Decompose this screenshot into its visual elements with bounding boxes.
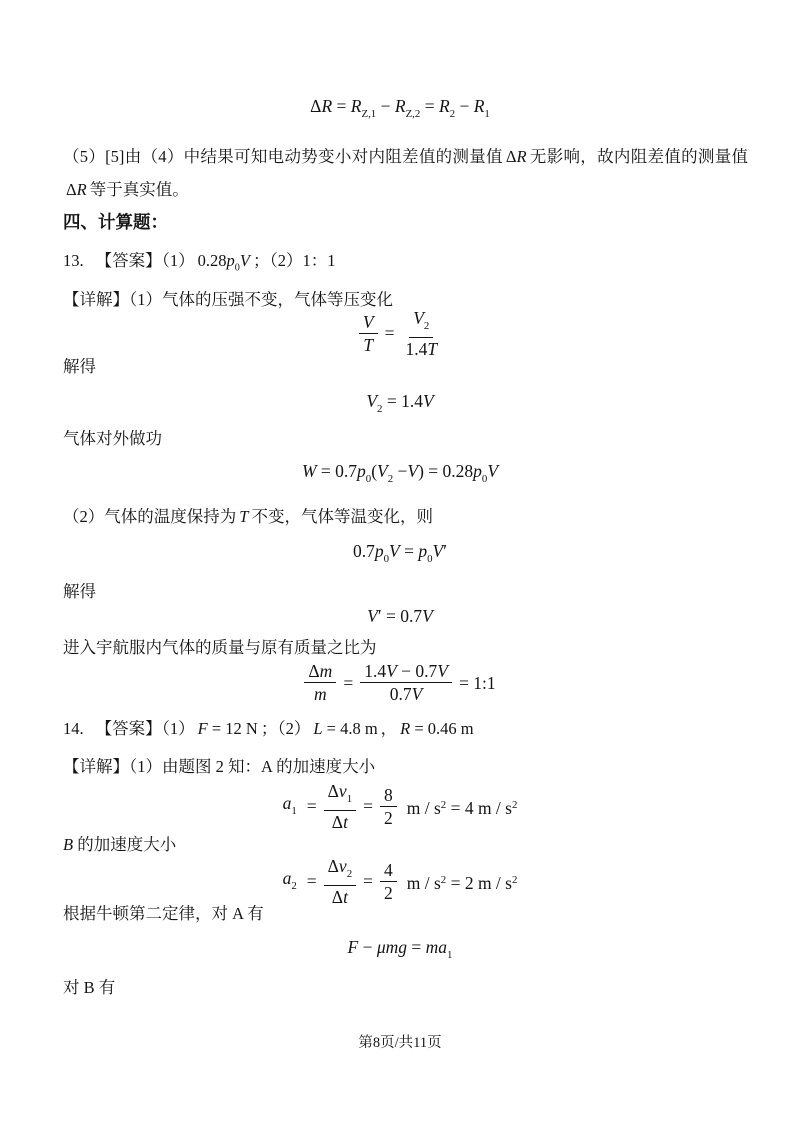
paragraph-5-text-1: （5）[5]由（4）中结果可知电动势变小对内阻差值的测量值 bbox=[63, 147, 503, 166]
newton-law-label: 根据牛顿第二定律，对 A 有 bbox=[63, 897, 748, 930]
item-14-answer-text-2: ；（2） bbox=[261, 719, 311, 738]
math-a2-lhs: a2 bbox=[283, 865, 297, 899]
fraction-dm-over-m: Δmm bbox=[304, 660, 336, 705]
equation-force-a: F − μmg = ma1 bbox=[0, 934, 800, 968]
newton-law-label-text: 根据牛顿第二定律，对 A 有 bbox=[63, 904, 264, 923]
fraction-numerator: V bbox=[359, 311, 378, 334]
item-14-answer: 14.【答案】（1）F = 12 N；（2）L = 4.8 m，R = 0.46… bbox=[63, 712, 748, 745]
math-force-a: F − μmg = ma1 bbox=[348, 934, 453, 968]
math-a1-rhs: m / s2 = 4 m / s2 bbox=[407, 792, 518, 821]
fraction-numerator: Δv2 bbox=[324, 855, 356, 886]
item-14-explain-1-text: 【详解】（1）由题图 2 知：A 的加速度大小 bbox=[63, 757, 375, 776]
paragraph-2-text-2: 不变，气体等温变化，则 bbox=[251, 507, 433, 526]
item-14-answer-comma: ， bbox=[381, 719, 398, 738]
equation-v-prime: V′ = 0.7V bbox=[0, 603, 800, 629]
acceleration-b-label-text: B 的加速度大小 bbox=[63, 835, 176, 854]
item-14-answer-text-1: 【答案】（1） bbox=[96, 719, 195, 738]
equals-sign: = bbox=[385, 320, 395, 346]
section-heading-label: 四、计算题： bbox=[63, 212, 168, 232]
page-number: 第8页/共11页 bbox=[358, 1035, 441, 1051]
equation-a1: a1 = Δv1Δt = 82 m / s2 = 4 m / s2 bbox=[0, 780, 800, 833]
work-label: 气体对外做功 bbox=[63, 422, 748, 455]
fraction-numerator: V2 bbox=[409, 307, 433, 338]
fraction-numerator: 8 bbox=[380, 784, 397, 807]
item-14-inline-math-r: R = 0.46 m bbox=[400, 719, 473, 738]
item-14-number: 14. bbox=[63, 719, 84, 738]
math-delta-r: ΔR = RZ,1 − RZ,2 = R2 − R1 bbox=[310, 93, 490, 127]
item-13-answer-text-2: ；（2）1：1 bbox=[253, 251, 336, 270]
equals-sign: = bbox=[343, 670, 353, 696]
equation-delta-r: ΔR = RZ,1 − RZ,2 = R2 − R1 bbox=[0, 93, 800, 127]
paragraph-2-text-1: （2）气体的温度保持为 bbox=[63, 507, 236, 526]
result-one-to-one: = 1:1 bbox=[459, 670, 496, 696]
fraction-numerator: Δv1 bbox=[324, 780, 356, 811]
section-heading-calculation: 四、计算题： bbox=[63, 206, 748, 239]
paragraph-5-text-3: 等于真实值。 bbox=[90, 180, 189, 199]
mass-ratio-label-text: 进入宇航服内气体的质量与原有质量之比为 bbox=[63, 638, 377, 657]
equation-v2: V2 = 1.4V bbox=[0, 388, 800, 422]
item-13-answer: 13.【答案】（1）0.28p0V；（2）1：1 bbox=[63, 244, 748, 285]
fraction-denominator: m bbox=[310, 683, 331, 705]
equals-sign: = bbox=[363, 793, 373, 819]
item-14-inline-math-l: L = 4.8 m bbox=[313, 719, 377, 738]
equals-sign: = bbox=[307, 868, 317, 894]
equation-work: W = 0.7p0(V2 −V) = 0.28p0V bbox=[0, 458, 800, 492]
paragraph-5-text-2: 无影响，故内阻差值的测量值 bbox=[530, 147, 748, 166]
fraction-denominator: 0.7V bbox=[386, 683, 427, 705]
solve-label-2-text: 解得 bbox=[63, 582, 96, 601]
item-13-inline-math: 0.28p0V bbox=[198, 251, 250, 270]
for-b-label-text: 对 B 有 bbox=[63, 978, 115, 997]
fraction-dv1-over-dt: Δv1Δt bbox=[324, 780, 356, 833]
fraction-numerator: 1.4V − 0.7V bbox=[360, 660, 452, 683]
solve-label-1-text: 解得 bbox=[63, 357, 96, 376]
inline-math-t: T bbox=[239, 507, 248, 526]
work-label-text: 气体对外做功 bbox=[63, 429, 162, 448]
equation-mass-ratio: Δmm = 1.4V − 0.7V0.7V = 1:1 bbox=[0, 660, 800, 705]
math-isothermal: 0.7p0V = p0V′ bbox=[353, 538, 447, 572]
equals-sign: = bbox=[363, 868, 373, 894]
document-page: ΔR = RZ,1 − RZ,2 = R2 − R1 （5）[5]由（4）中结果… bbox=[0, 0, 800, 1131]
inline-math-delta-r-1: ΔR bbox=[506, 147, 527, 166]
math-v2: V2 = 1.4V bbox=[366, 388, 433, 422]
solve-label-1: 解得 bbox=[63, 350, 748, 383]
item-13-answer-text-1: 【答案】（1） bbox=[96, 251, 195, 270]
item-14-explain-1: 【详解】（1）由题图 2 知：A 的加速度大小 bbox=[63, 750, 748, 783]
math-work: W = 0.7p0(V2 −V) = 0.28p0V bbox=[302, 458, 498, 492]
fraction-denominator: 2 bbox=[380, 807, 397, 829]
for-b-label: 对 B 有 bbox=[63, 971, 748, 1004]
equals-sign: = bbox=[307, 793, 317, 819]
math-a1-lhs: a1 bbox=[283, 790, 297, 824]
fraction-numerator: Δm bbox=[304, 660, 336, 683]
item-14-inline-math-f: F = 12 N bbox=[198, 719, 258, 738]
math-a2-rhs: m / s2 = 2 m / s2 bbox=[407, 867, 518, 896]
paragraph-5: （5）[5]由（4）中结果可知电动势变小对内阻差值的测量值ΔR无影响，故内阻差值… bbox=[63, 140, 748, 206]
inline-math-delta-r-2: ΔR bbox=[66, 180, 87, 199]
paragraph-2: （2）气体的温度保持为T不变，气体等温变化，则 bbox=[63, 500, 748, 533]
fraction-numerator: 4 bbox=[380, 859, 397, 882]
fraction-8-over-2: 82 bbox=[380, 784, 397, 829]
fraction-volume-ratio: 1.4V − 0.7V0.7V bbox=[360, 660, 452, 705]
equation-isothermal: 0.7p0V = p0V′ bbox=[0, 538, 800, 572]
page-footer: 第8页/共11页 bbox=[0, 1031, 800, 1052]
math-v-prime: V′ = 0.7V bbox=[367, 603, 433, 629]
item-13-number: 13. bbox=[63, 251, 84, 270]
